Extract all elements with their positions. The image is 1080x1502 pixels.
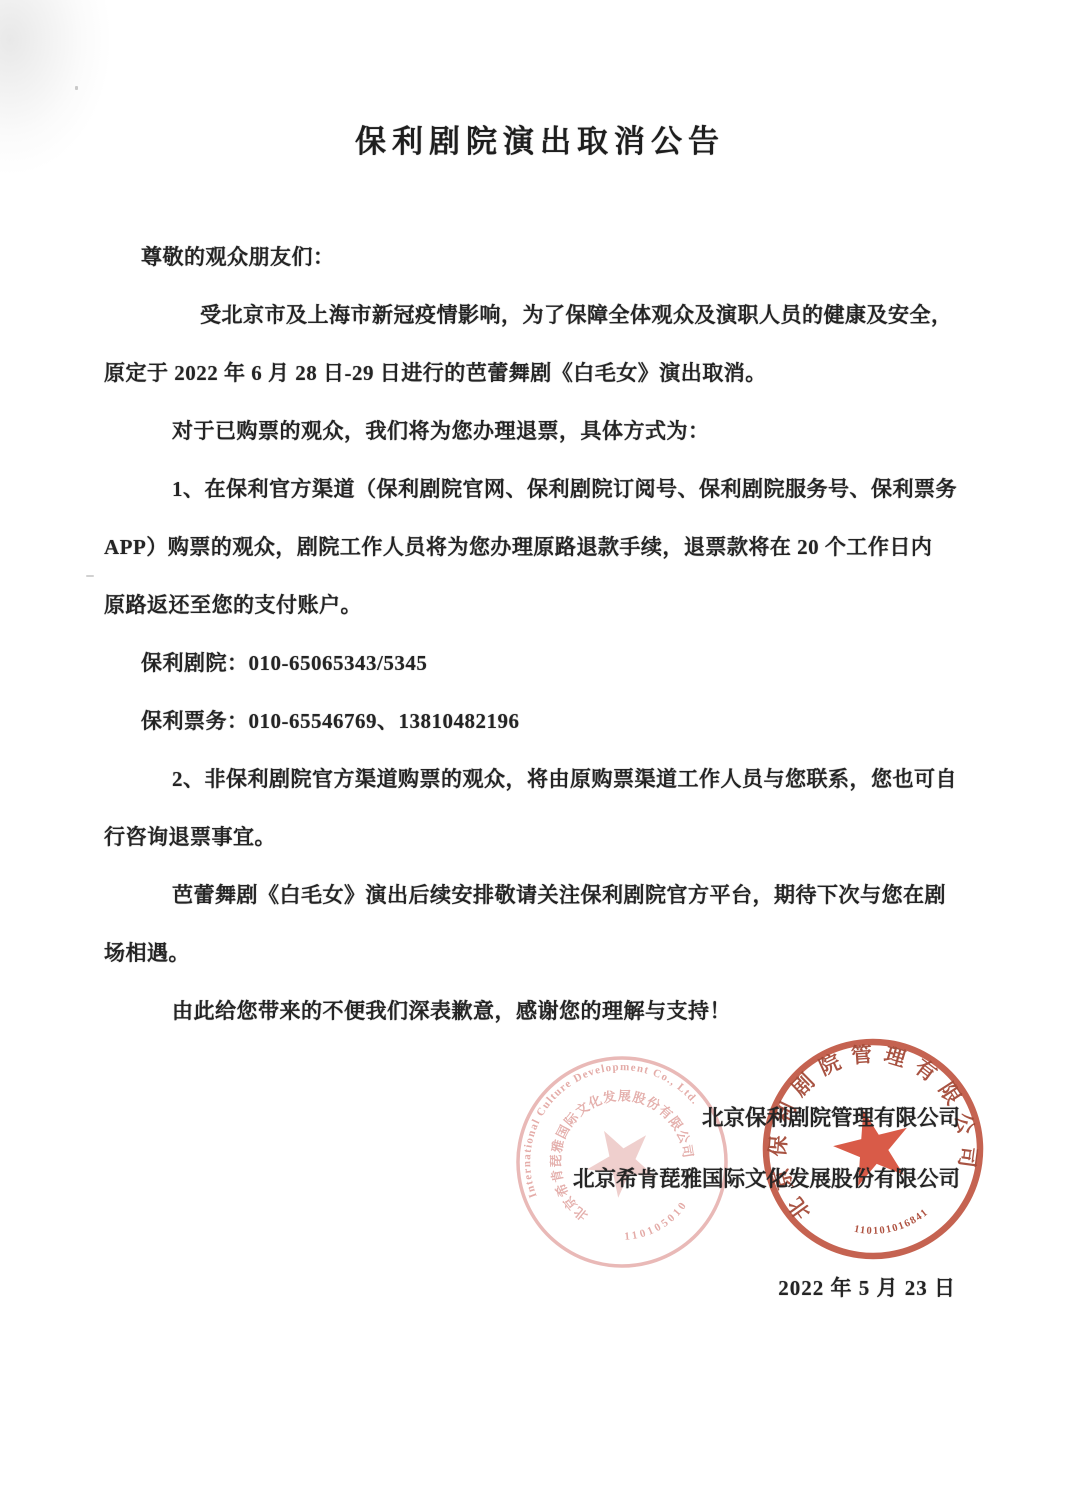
body-line: 受北京市及上海市新冠疫情影响，为了保障全体观众及演职人员的健康及安全， — [104, 286, 982, 344]
seal-right-serial-number: 110101016841 — [851, 1206, 934, 1244]
body-line: 行咨询退票事宜。 — [104, 808, 982, 866]
body-line-list-item-1: 1、在保利官方渠道（保利剧院官网、保利剧院订阅号、保利剧院服务号、保利票务 — [104, 460, 982, 518]
notice-title: 保利剧院演出取消公告 — [0, 116, 1080, 161]
scan-speck — [86, 575, 94, 577]
body-line-phone-theatre: 保利剧院：010-65065343/5345 — [104, 634, 982, 692]
body-line-phone-ticketing: 保利票务：010-65546769、13810482196 — [104, 692, 982, 750]
body-line: 芭蕾舞剧《白毛女》演出后续安排敬请关注保利剧院官方平台，期待下次与您在剧 — [104, 866, 982, 924]
signature-block: 北京保利剧院管理有限公司 北京希肯琵雅国际文化发展股份有限公司 — [573, 1088, 960, 1210]
notice-body: 尊敬的观众朋友们： 受北京市及上海市新冠疫情影响，为了保障全体观众及演职人员的健… — [104, 228, 982, 1040]
body-line: 对于已购票的观众，我们将为您办理退票，具体方式为： — [104, 402, 982, 460]
body-line-list-item-2: 2、非保利剧院官方渠道购票的观众，将由原购票渠道工作人员与您联系，您也可自 — [104, 750, 982, 808]
body-line: 原路返还至您的支付账户。 — [104, 576, 982, 634]
body-line-closing: 由此给您带来的不便我们深表歉意，感谢您的理解与支持！ — [104, 982, 982, 1040]
scanned-notice-page: 保利剧院演出取消公告 尊敬的观众朋友们： 受北京市及上海市新冠疫情影响，为了保障… — [0, 0, 1080, 1502]
body-line-salutation: 尊敬的观众朋友们： — [104, 228, 982, 286]
body-line: 场相遇。 — [104, 924, 982, 982]
scan-speck — [75, 86, 78, 90]
signature-date: 2022 年 5 月 23 日 — [778, 1272, 956, 1302]
body-line: 原定于 2022 年 6 月 28 日-29 日进行的芭蕾舞剧《白毛女》演出取消… — [104, 344, 982, 402]
signature-company-2: 北京希肯琵雅国际文化发展股份有限公司 — [573, 1149, 960, 1210]
signature-company-1: 北京保利剧院管理有限公司 — [573, 1088, 960, 1149]
body-line: APP）购票的观众，剧院工作人员将为您办理原路退款手续，退票款将在 20 个工作… — [104, 518, 982, 576]
svg-text:110101016841: 110101016841 — [851, 1206, 934, 1244]
